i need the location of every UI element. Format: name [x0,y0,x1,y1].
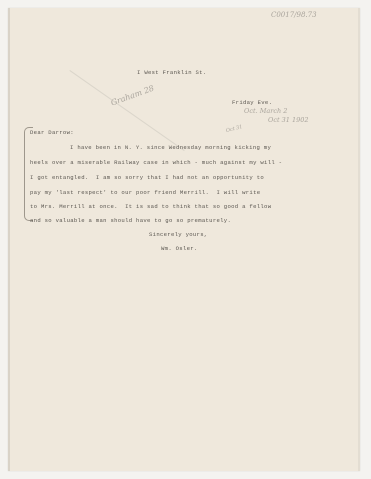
handwritten-date-1: Oct. March 2 [244,108,287,115]
body-line: I got entangled. I am so sorry that I ha… [30,175,264,181]
paper-edge-right [358,8,360,471]
sender-address: I West Franklin St. [137,70,206,76]
closing: Sincerely yours, [149,232,208,238]
paper-edge-left [8,8,10,471]
body-line: and so valuable a man should have to go … [30,218,231,224]
signature: Wm. Osler. [161,246,198,252]
body-line: pay my 'last respect' to our poor friend… [30,190,260,196]
body-line: to Mrs. Merrill at once. It is sad to th… [30,204,271,210]
body-line: heels over a miserable Railway case in w… [30,160,282,166]
letter-page [8,8,360,471]
handwritten-date-2: Oct 31 1902 [268,117,309,124]
date-line: Friday Eve. [232,100,272,106]
body-line: I have been in N. Y. since Wednesday mor… [70,145,271,151]
archive-number: C0017/98.73 [271,12,317,19]
salutation: Dear Darrow: [30,130,74,136]
